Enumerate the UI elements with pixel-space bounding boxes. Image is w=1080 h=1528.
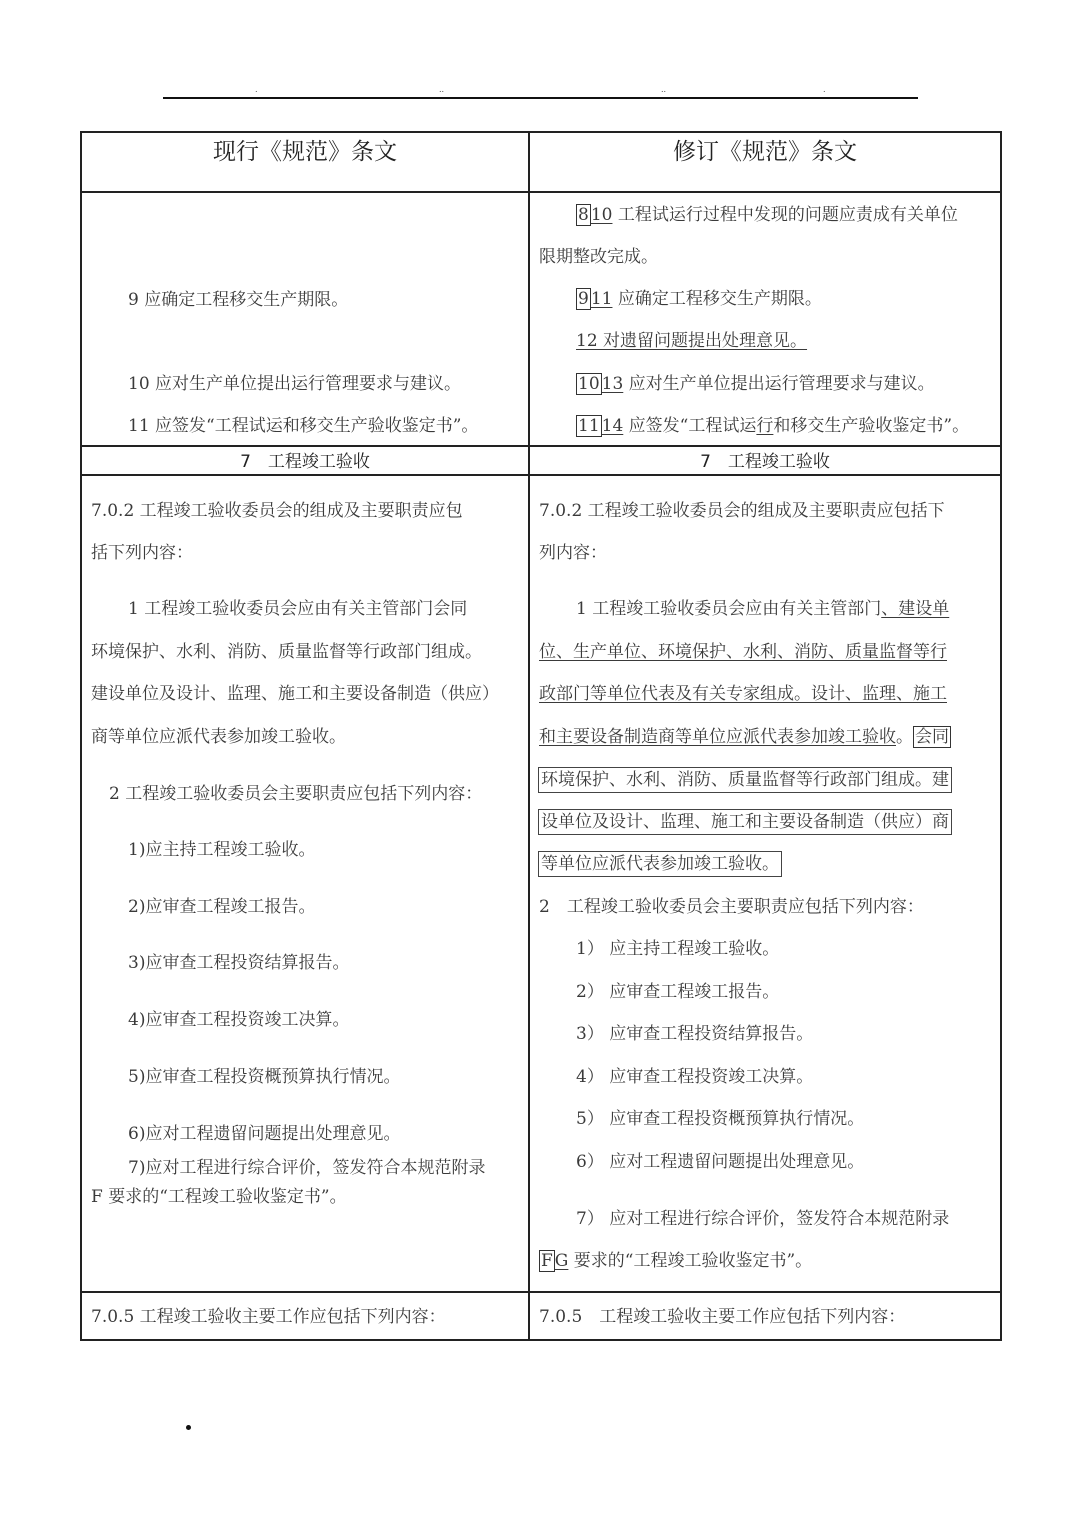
inserted-text: 政部门等单位代表及有关专家组成 xyxy=(539,684,794,704)
revised-item-14: 1114 应签发“工程试运行和移交生产验收鉴定书”。 xyxy=(576,415,969,437)
header-dot: . xyxy=(255,86,258,94)
item-text: 应签发“工程试运 xyxy=(623,416,756,436)
current-para-1-l2: 环境保护、水利、消防、质量监督等行政部门组成。 xyxy=(91,641,482,663)
deleted-number: 10 xyxy=(576,373,602,395)
revised-item-13: 1013 应对生产单位提出运行管理要求与建议。 xyxy=(576,373,935,395)
para-text: 和主要设备制造商等单位应派代表参加竣工验收 xyxy=(539,727,896,747)
current-para-1-l3: 建设单位及设计、监理、施工和主要设备制造（供应） xyxy=(91,683,499,705)
revised-duty-7-cont: FG 要求的“工程竣工验收鉴定书”。 xyxy=(539,1250,812,1272)
revised-duty-2: 2） 应审查工程竣工报告。 xyxy=(576,981,779,1003)
current-duty-1: 1)应主持工程竣工验收。 xyxy=(128,839,315,861)
page-bullet-icon xyxy=(186,1425,191,1430)
revised-clause-702-cont: 列内容： xyxy=(539,542,607,564)
current-item-11: 11 应签发“工程试运和移交生产验收鉴定书”。 xyxy=(128,415,478,437)
comparison-table: 现行《规范》条文 修订《规范》条文 9 应确定工程移交生产期限。 10 应对生产… xyxy=(80,131,1002,1341)
item-text: 工程试运行过程中发现的问题应责成有关单位 xyxy=(612,205,957,225)
revised-para-1: 1 工程竣工验收委员会应由有关主管部门、建设单 xyxy=(576,598,949,620)
deleted-number: 11 xyxy=(576,415,602,437)
current-para-2: 2 工程竣工验收委员会主要职责应包括下列内容： xyxy=(109,783,482,805)
current-duty-4: 4)应审查工程投资竣工决算。 xyxy=(128,1009,349,1031)
page-header-rule xyxy=(163,97,918,99)
page-header-dots: . .. .. . xyxy=(163,86,918,94)
revised-para-2: 2 工程竣工验收委员会主要职责应包括下列内容： xyxy=(539,896,924,918)
section-title-current: 7 工程竣工验收 xyxy=(81,446,529,475)
revised-item-12-inserted: 12 对遗留问题提出处理意见。 xyxy=(576,330,807,352)
revised-para-1-l2-inserted: 位、生产单位、环境保护、水利、消防、质量监督等行 xyxy=(539,641,947,663)
deleted-text-block: 等单位应派代表参加竣工验收。 xyxy=(538,851,782,877)
section-title-revised: 7 工程竣工验收 xyxy=(529,446,1001,475)
deleted-text-block: 环境保护、水利、消防、质量监督等行政部门组成。建 xyxy=(538,767,952,793)
header-current: 现行《规范》条文 xyxy=(81,132,529,192)
item-text: 应确定工程移交生产期限。 xyxy=(612,289,821,309)
current-clause-705: 7.0.5 工程竣工验收主要工作应包括下列内容： xyxy=(91,1306,446,1328)
current-duty-2: 2)应审查工程竣工报告。 xyxy=(128,896,315,918)
revised-duty-3: 3） 应审查工程投资结算报告。 xyxy=(576,1023,813,1045)
current-para-1-l4: 商等单位应派代表参加竣工验收。 xyxy=(91,726,346,748)
inserted-char: 行 xyxy=(756,416,773,436)
deleted-number: 9 xyxy=(576,288,591,310)
duty-text: 要求的“工程竣工验收鉴定书”。 xyxy=(568,1251,812,1271)
inserted-number: 14 xyxy=(602,416,624,436)
cell-current-row2: 7.0.2 工程竣工验收委员会的组成及主要职责应包 括下列内容： 1 工程竣工验… xyxy=(81,475,529,1292)
current-clause-702-cont: 括下列内容： xyxy=(91,542,193,564)
para-text: 。设计、监理、施工 xyxy=(794,684,947,704)
cell-current-row3: 7.0.5 工程竣工验收主要工作应包括下列内容： xyxy=(81,1292,529,1340)
cell-revised-row1: 810 工程试运行过程中发现的问题应责成有关单位 限期整改完成。 911 应确定… xyxy=(529,192,1001,446)
revised-item-10-cont: 限期整改完成。 xyxy=(539,246,658,268)
table-row: 7.0.2 工程竣工验收委员会的组成及主要职责应包 括下列内容： 1 工程竣工验… xyxy=(81,475,1001,1292)
inserted-number: 10 xyxy=(591,205,613,225)
revised-duty-1: 1） 应主持工程竣工验收。 xyxy=(576,938,779,960)
revised-duty-4: 4） 应审查工程投资竣工决算。 xyxy=(576,1066,813,1088)
revised-item-11: 911 应确定工程移交生产期限。 xyxy=(576,288,822,310)
current-clause-702: 7.0.2 工程竣工验收委员会的组成及主要职责应包 xyxy=(91,500,463,522)
header-revised: 修订《规范》条文 xyxy=(529,132,1001,192)
current-duty-3: 3)应审查工程投资结算报告。 xyxy=(128,952,349,974)
header-dot: .. xyxy=(661,86,666,94)
current-duty-6: 6)应对工程遗留问题提出处理意见。 xyxy=(128,1123,400,1145)
table-row: 7.0.5 工程竣工验收主要工作应包括下列内容： 7.0.5 工程竣工验收主要工… xyxy=(81,1292,1001,1340)
current-duty-7-cont: F 要求的“工程竣工验收鉴定书”。 xyxy=(91,1186,347,1208)
table-row: 9 应确定工程移交生产期限。 10 应对生产单位提出运行管理要求与建议。 11 … xyxy=(81,192,1001,446)
revised-para-1-l4: 和主要设备制造商等单位应派代表参加竣工验收。会同 xyxy=(539,726,951,748)
item-text: 应对生产单位提出运行管理要求与建议。 xyxy=(623,374,934,394)
header-dot: .. xyxy=(439,86,444,94)
inserted-letter: G xyxy=(555,1251,569,1271)
current-item-10: 10 应对生产单位提出运行管理要求与建议。 xyxy=(128,373,461,395)
revised-duty-5: 5） 应审查工程投资概预算执行情况。 xyxy=(576,1108,864,1130)
inserted-number: 13 xyxy=(602,374,624,394)
section-title-row: 7 工程竣工验收 7 工程竣工验收 xyxy=(81,446,1001,475)
revised-duty-7: 7） 应对工程进行综合评价，签发符合本规范附录 xyxy=(576,1208,949,1230)
deleted-number: 8 xyxy=(576,204,591,226)
item-text: 和移交生产验收鉴定书”。 xyxy=(773,416,969,436)
current-item-9: 9 应确定工程移交生产期限。 xyxy=(128,289,348,311)
revised-clause-702: 7.0.2 工程竣工验收委员会的组成及主要职责应包括下 xyxy=(539,500,945,522)
deleted-text-block: 设单位及设计、监理、施工和主要设备制造（供应）商 xyxy=(538,809,952,835)
para-text: 。 xyxy=(896,727,913,747)
inserted-number: 11 xyxy=(591,289,613,309)
inserted-text: 、建设单 xyxy=(881,599,949,619)
current-duty-7: 7)应对工程进行综合评价，签发符合本规范附录 xyxy=(128,1157,485,1179)
revised-para-1-l3: 政部门等单位代表及有关专家组成。设计、监理、施工 xyxy=(539,683,947,705)
revised-clause-705: 7.0.5 工程竣工验收主要工作应包括下列内容： xyxy=(539,1306,905,1328)
cell-revised-row2: 7.0.2 工程竣工验收委员会的组成及主要职责应包括下 列内容： 1 工程竣工验… xyxy=(529,475,1001,1292)
deleted-letter: F xyxy=(539,1250,555,1272)
para-text: 1 工程竣工验收委员会应由有关主管部门 xyxy=(576,599,881,619)
current-duty-5: 5)应审查工程投资概预算执行情况。 xyxy=(128,1066,400,1088)
deleted-text: 会同 xyxy=(913,726,951,748)
revised-duty-6: 6） 应对工程遗留问题提出处理意见。 xyxy=(576,1151,864,1173)
header-dot: . xyxy=(823,86,826,94)
cell-revised-row3: 7.0.5 工程竣工验收主要工作应包括下列内容： xyxy=(529,1292,1001,1340)
revised-item-10: 810 工程试运行过程中发现的问题应责成有关单位 xyxy=(576,204,958,226)
current-para-1: 1 工程竣工验收委员会应由有关主管部门会同 xyxy=(128,598,467,620)
table-header-row: 现行《规范》条文 修订《规范》条文 xyxy=(81,132,1001,192)
cell-current-row1: 9 应确定工程移交生产期限。 10 应对生产单位提出运行管理要求与建议。 11 … xyxy=(81,192,529,446)
